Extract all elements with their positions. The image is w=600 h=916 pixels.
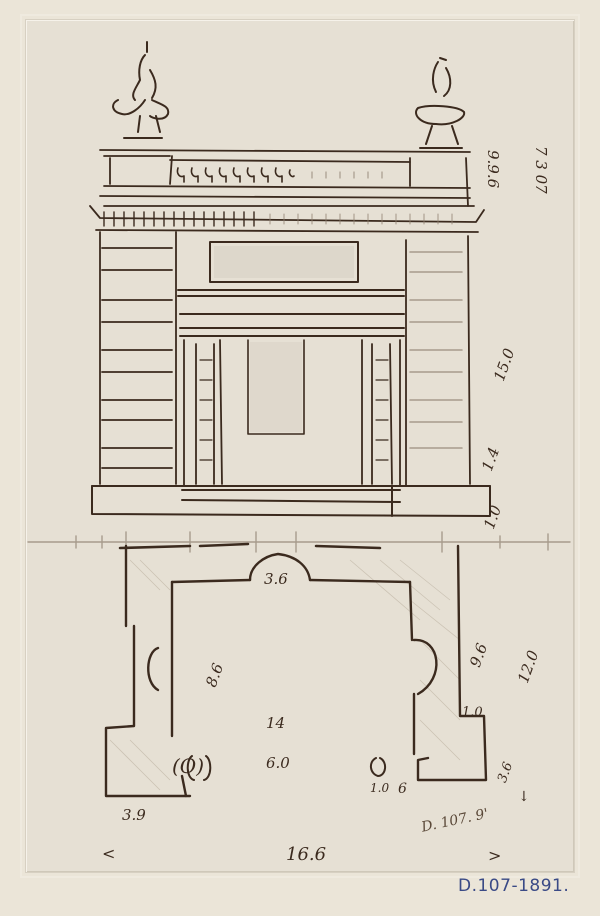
dim-pier-bottom: 1.0	[370, 782, 389, 794]
column-left-label: (O)	[172, 756, 204, 776]
tablet-panel	[214, 246, 354, 278]
plan-drawing	[28, 532, 570, 796]
dim-entablature-height: 9.9.6	[485, 150, 500, 188]
dim-pier-small: 6	[398, 782, 407, 796]
finial-left-icon	[113, 42, 168, 138]
dim-niche-top: 3.6	[264, 572, 288, 587]
finial-right-icon	[416, 58, 464, 148]
door-opening	[250, 342, 302, 432]
dim-overall-width: 16.6	[286, 846, 326, 864]
dim-inner-bottom: 6.0	[266, 756, 290, 771]
dim-inner-width: 14	[266, 716, 285, 731]
elevation-drawing	[90, 42, 490, 516]
arrow-down-icon: ↓	[518, 790, 530, 804]
dim-finial-height: 7 3 07	[533, 146, 548, 194]
dim-left-bottom: 3.9	[122, 808, 146, 823]
dim-right-pier: 1.0	[462, 706, 483, 719]
accession-number: D.107-1891.	[458, 876, 569, 896]
arrow-right-icon: >	[488, 848, 501, 864]
arrow-left-icon: <	[102, 846, 115, 862]
